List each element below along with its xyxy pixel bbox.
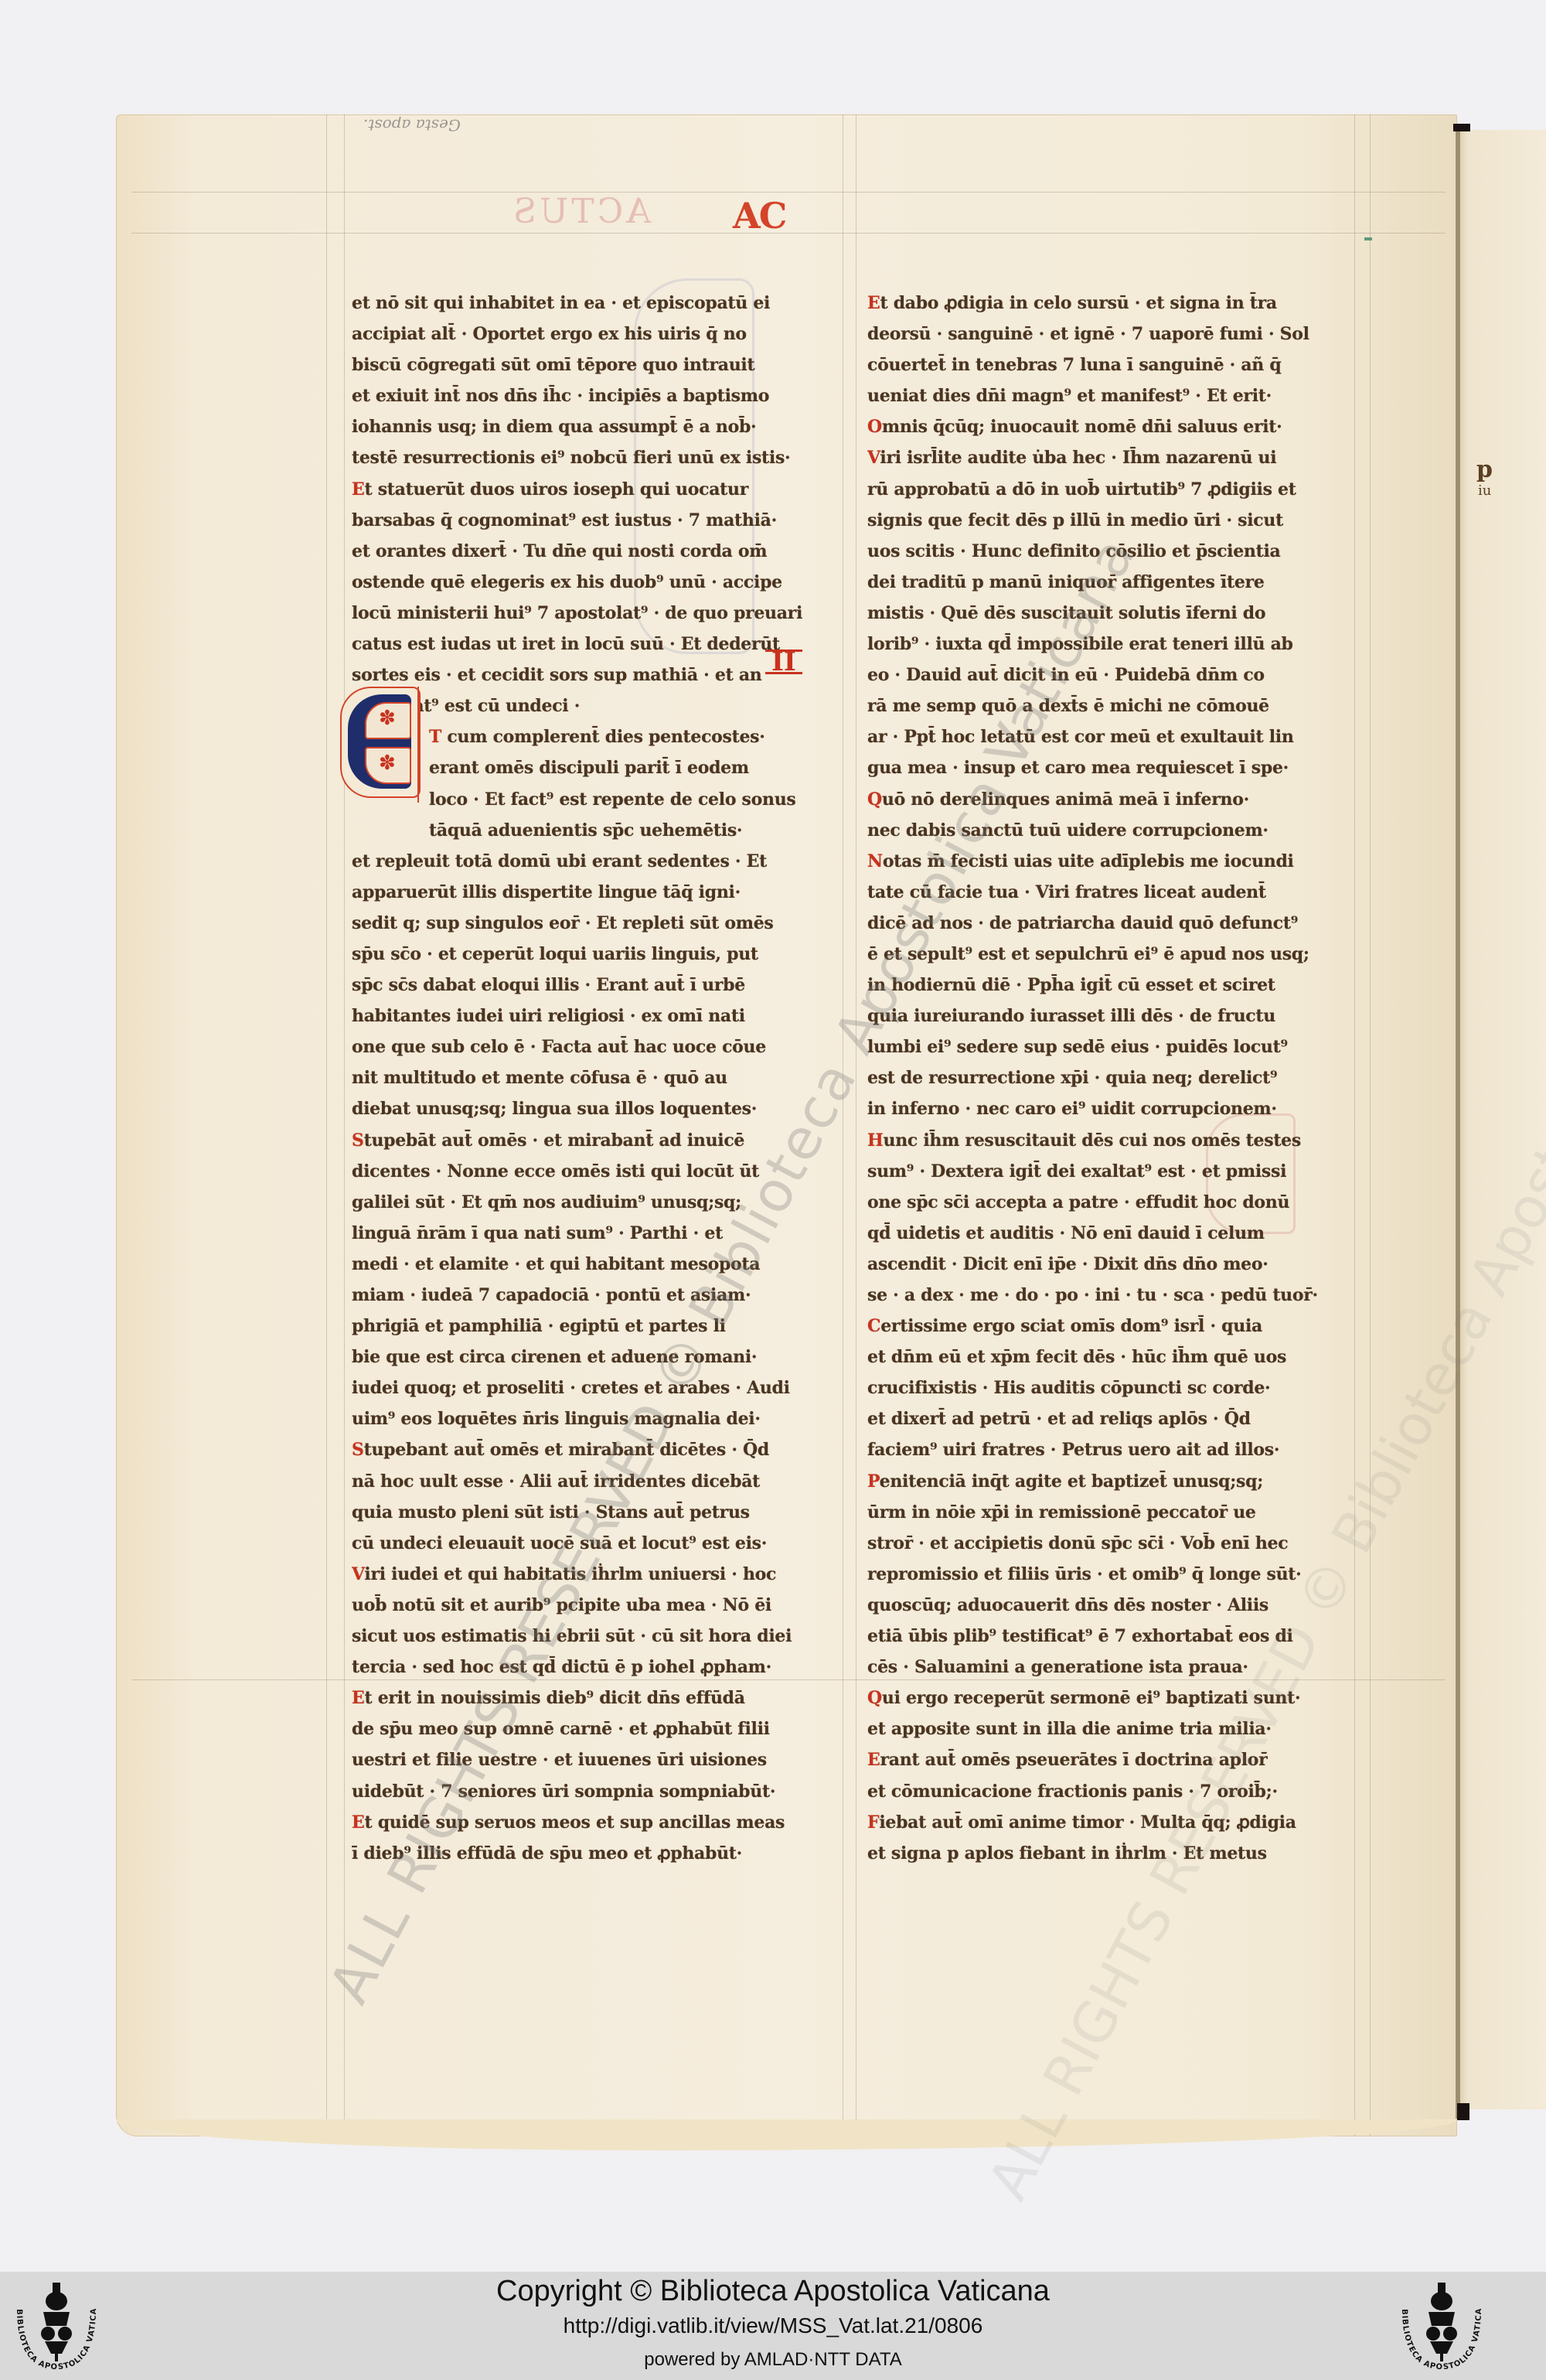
manuscript-line: barsabas q̄ cognominat⁹ est iustus · 7 m… [352,505,846,536]
manuscript-line: sp̄c sc̄s dabat eloqui illis · Erant aut… [352,970,846,1001]
margin-mark-green [1364,237,1372,240]
manuscript-line: deorsū · sanguinē · et ignē · 7 uaporē f… [867,319,1362,349]
manuscript-line: eo · Dauid aut̄ dicit in eū · Puidebā dn… [867,660,1362,690]
manuscript-line: one que sub celo ē · Facta aut̄ hac uoce… [352,1031,846,1062]
manuscript-line: sp̄u sc̄o · et ceperūt loqui uariis ling… [352,939,846,970]
initial-penwork [417,687,427,803]
manuscript-line: et repleuit totā domū ubi erant sedentes… [352,846,846,877]
manuscript-line: signis que fecit dēs p illū in medio ūri… [867,505,1362,536]
manuscript-line: est de resurrectione xp̄i · quia neq; de… [867,1062,1362,1093]
manuscript-line: tercia · sed hoc est qd̄ dictū ē p iohel… [352,1652,846,1683]
manuscript-line: nit multitudo et mente cōfusa ē · quō au [352,1062,846,1093]
text-column-left: et nō sit qui inhabitet in ea · et episc… [352,288,846,1869]
copyright-title: Copyright © Biblioteca Apostolica Vatica… [0,2275,1546,2308]
manuscript-line: uestri et filie uestre · et iuuenes ūri … [352,1744,846,1775]
running-head-offset: ACTUS [510,192,651,231]
vatican-library-seal-icon-right: BIBLIOTECA APOSTOLICA VATICANA [1391,2278,1492,2377]
gutter-clip-top [1453,124,1470,131]
manuscript-line: Erant aut̄ omēs pseuerātes ī doctrina ap… [867,1744,1362,1775]
manuscript-line: sum⁹ · Dextera igit̄ dei exaltat⁹ est · … [867,1156,1362,1187]
margin-mark-number: iu [1478,482,1491,499]
manuscript-line: accipiat alt̄ · Oportet ergo ex his uiri… [352,319,846,349]
pencil-annotation: Gesta apost. [363,116,461,135]
manuscript-line: et signa p aplos fiebant in iḣrlm · Et m… [867,1838,1362,1869]
manuscript-line: lorib⁹ · iuxta qd̄ impossibile erat tene… [867,629,1362,660]
manuscript-line: diebat unusq;sq; lingua sua illos loquen… [352,1093,846,1124]
manuscript-line: ueniat dies dn̄i magn⁹ et manifest⁹ · Et… [867,380,1362,411]
manuscript-line: repromissio et filiis ūris · et omib⁹ q̄… [867,1559,1362,1590]
manuscript-line: uob̄ notū sit et aurib⁹ pcipite uba mea … [352,1590,846,1621]
manuscript-line: Omnis q̄cūq; inuocauit nomē dn̄i saluus … [867,411,1362,442]
manuscript-line: de sp̄u meo sup omnē carnē · et ꝓphabūt … [352,1713,846,1744]
initial-upper-counter [365,702,411,739]
manuscript-line: ascendit · Dicit enī ip̄e · Dixit dn̄s d… [867,1249,1362,1280]
powered-by-text: powered by AMLAD·NTT DATA [0,2349,1546,2371]
manuscript-line: biscū cōgregati sūt omī tēpore quo intra… [352,349,846,380]
chapter-number: II [765,650,802,674]
manuscript-line: Et statuerūt duos uiros ioseph qui uocat… [352,474,846,505]
manuscript-line: sicut uos estimatis hi ebrii sūt · cū si… [352,1621,846,1652]
margin-mark-p: p [1476,456,1493,483]
facing-folio: p iu [1457,130,1546,2109]
manuscript-line: quia iureiurando iurasset illi dēs · de … [867,1001,1362,1031]
manuscript-line: phrigiā et pamphiliā · egiptū et partes … [352,1311,846,1342]
manuscript-line: Hunc ih̄m resuscitauit dēs cui nos omēs … [867,1125,1362,1156]
manuscript-line: et dn̄m eū et xp̄m fecit dēs · hūc ih̄m … [867,1342,1362,1372]
manuscript-line: ostende quē elegeris ex his duob⁹ unū · … [352,567,846,598]
manuscript-line: one sp̄c sc̄i accepta a patre · effudit … [867,1187,1362,1218]
manuscript-line: Penitenciā inq̄t agite et baptizet̄ unus… [867,1466,1362,1497]
manuscript-line: Certissime ergo sciat omīs dom⁹ isrl̄ · … [867,1311,1362,1342]
manuscript-line: Viri isrl̄ite audite u̇ba hec · Ih̄m naz… [867,442,1362,473]
manuscript-line: se · a dex · me · do · po · ini · tu · s… [867,1280,1362,1311]
running-head: AC [733,195,785,237]
manuscript-line: et orantes dixert̄ · Tu dn̄e qui nosti c… [352,536,846,567]
manuscript-line: rā me semp quō a dext̄s ē michi ne cōmou… [867,690,1362,721]
manuscript-line: rū approbatū a dō in uob̄ uirtutib⁹ 7 ꝓd… [867,474,1362,505]
manuscript-line: in inferno · nec caro ei⁹ uidit corrupci… [867,1093,1362,1124]
manuscript-line: uim⁹ eos loquētes n̄ris linguis magnalia… [352,1403,846,1434]
manuscript-line: sedit q; sup singulos eor̄ · Et repleti … [352,908,846,939]
manuscript-line: apparuerūt illis dispertite lingue tāq̄ … [352,877,846,908]
manuscript-line: gua mea · insup et caro mea requiescet ī… [867,752,1362,783]
manuscript-line: et nō sit qui inhabitet in ea · et episc… [352,288,846,319]
manuscript-line: ūrm in nōie xp̄i in remissionē peccator̄… [867,1497,1362,1528]
manuscript-line: stror̄ · et accipietis donū sp̄c sc̄i · … [867,1528,1362,1559]
manuscript-line: testē resurrectionis ei⁹ nobcū fieri unū… [352,442,846,473]
manuscript-line: locū ministerii hui⁹ 7 apostolat⁹ · de q… [352,598,846,629]
manuscript-line: ar · Ppt̄ hoc letatū est cor meū et exul… [867,721,1362,752]
initial-lower-counter [365,747,411,784]
gutter-shadow [1456,124,1460,2119]
manuscript-line: crucifixistis · His auditis cōpuncti sc … [867,1372,1362,1403]
manuscript-line: et exiuit int̄ nos dn̄s ih̄c · incipiēs … [352,380,846,411]
manuscript-line: habitantes iudei uiri religiosi · ex omī… [352,1001,846,1031]
copyright-footer: BIBLIOTECA APOSTOLICA VATICANA Copyright… [0,2272,1546,2380]
manuscript-line: iohannis usq; in diem qua assumpt̄ ē a n… [352,411,846,442]
gutter-clip-bottom [1457,2103,1469,2120]
manuscript-line: Et dabo ꝓdigia in celo sursū · et signa … [867,288,1362,319]
manuscript-line: in hodiernū diē · Pph̄a igit̄ cū esset e… [867,970,1362,1001]
manuscript-viewer: p iu Gesta apost. ACTUS AC et nō sit qui… [0,0,1546,2272]
manuscript-line: Fiebat aut̄ omī anime timor · Multa q̄q;… [867,1807,1362,1838]
manuscript-line: et dixert̄ ad petrū · et ad reliqs aplōs… [867,1403,1362,1434]
manuscript-line: qd̄ uidetis et auditis · Nō enī dauid ī … [867,1218,1362,1249]
manuscript-line: et cōmunicacione fractionis panis · 7 or… [867,1776,1362,1807]
manuscript-line: lumbi ei⁹ sedere sup sedē eius · puidēs … [867,1031,1362,1062]
manuscript-url-link[interactable]: http://digi.vatlib.it/view/MSS_Vat.lat.2… [0,2314,1546,2338]
decorated-initial-e [340,687,421,798]
manuscript-line: miam · iudeā 7 capadociā · pontū et asia… [352,1280,846,1311]
manuscript-line: bie que est circa cirenen et aduene roma… [352,1342,846,1372]
manuscript-line: Et erit in nouissimis dieb⁹ dicit dn̄s e… [352,1683,846,1713]
manuscript-line: iudei quoq; et proseliti · cretes et ara… [352,1372,846,1403]
manuscript-line: cōuertet̄ in tenebras 7 luna ī sanguinē … [867,349,1362,380]
manuscript-line: faciem⁹ uiri fratres · Petrus uero ait a… [867,1434,1362,1465]
manuscript-line: tāquā aduenientis sp̄c uehemētis· [352,815,846,846]
